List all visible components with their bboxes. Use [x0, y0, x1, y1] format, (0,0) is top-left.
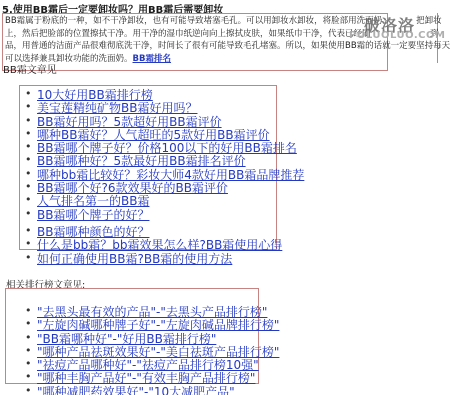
list-item: "去黑头最有效的产品"-"去黑头产品排行榜": [19, 304, 279, 317]
list-item: 人气排名第一的BB霜: [19, 193, 304, 206]
ranking-link[interactable]: "哪种减肥药效果好"-"10大减肥产品": [37, 385, 235, 395]
intro-line-4: 可以选择兼具卸妆功能的洗面奶。BB霜排名: [5, 53, 450, 66]
list-item: "哪种产品祛斑效果好"-"美白祛斑产品排行榜": [19, 344, 279, 357]
article-link[interactable]: BB霜哪个牌子的好？: [37, 208, 149, 222]
article-link[interactable]: 如何正确使用BB霜?BB霜的使用方法: [37, 252, 232, 266]
list-item: "哪种减肥药效果好"-"10大减肥产品": [19, 384, 279, 395]
bb-cream-article-list-2: BB霜哪种颜色的好？什么是bb霜？bb霜效果怎么样?BB霜使用心得如何正确使用B…: [19, 224, 282, 264]
list-item: "祛痘产品哪种好"-"祛痘产品排行榜10强": [19, 357, 279, 370]
list-item: 10大好用BB霜排行榜: [19, 87, 304, 100]
list-item: "哪种丰胸产品好"-"有效丰胸产品排行榜": [19, 370, 279, 383]
bb-cream-ranking-link[interactable]: BB霜排名: [133, 54, 171, 64]
list-item: "左旋肉碱哪种牌子好"-"左旋肉碱品牌排行榜": [19, 317, 279, 330]
article-page: 5.使用BB霜后一定要卸妆吗？用BB霜后需要卸妆 BB霜属于粉底的一种，如不干净…: [0, 0, 450, 395]
list-item: BB霜哪个好?6款效果好的BB霜评价: [19, 180, 304, 193]
list-item: 哪种bb霜比较好？彩妆大师4款好用BB霜品牌推荐: [19, 167, 304, 180]
list-item: 哪种BB霜好？人气超旺的5款好用BB霜评价: [19, 127, 304, 140]
list-item: 什么是bb霜？bb霜效果怎么样?BB霜使用心得: [19, 237, 282, 250]
list-item: "BB霜哪种好"-"好用BB霜排行榜": [19, 331, 279, 344]
intro-line-3: 品，用普通的洁面产品很难彻底洗干净，时间长了很有可能导致毛孔堵塞。所以，如果使用…: [5, 40, 450, 53]
list-item: BB霜哪个牌子好？价格100以下的好用BB霜排名: [19, 140, 304, 153]
list-item: 美宝莲精纯矿物BB霜好用吗？: [19, 100, 304, 113]
bb-cream-articles-label: BB霜文章见: [3, 61, 57, 76]
bb-cream-article-list: 10大好用BB霜排行榜美宝莲精纯矿物BB霜好用吗？BB霜好用吗？5款超好用BB霜…: [19, 87, 304, 220]
list-item: 如何正确使用BB霜?BB霜的使用方法: [19, 251, 282, 264]
list-item: BB霜好用吗？5款超好用BB霜评价: [19, 114, 304, 127]
site-watermark-domain: POLUOLUO.COM: [349, 30, 445, 41]
list-item: BB霜哪种颜色的好？: [19, 224, 282, 237]
related-ranking-list: "去黑头最有效的产品"-"去黑头产品排行榜""左旋肉碱哪种牌子好"-"左旋肉碱品…: [19, 304, 279, 395]
list-item: BB霜哪个牌子的好？: [19, 207, 304, 220]
list-item: BB霜哪种好？5款最好用BB霜排名评价: [19, 153, 304, 166]
